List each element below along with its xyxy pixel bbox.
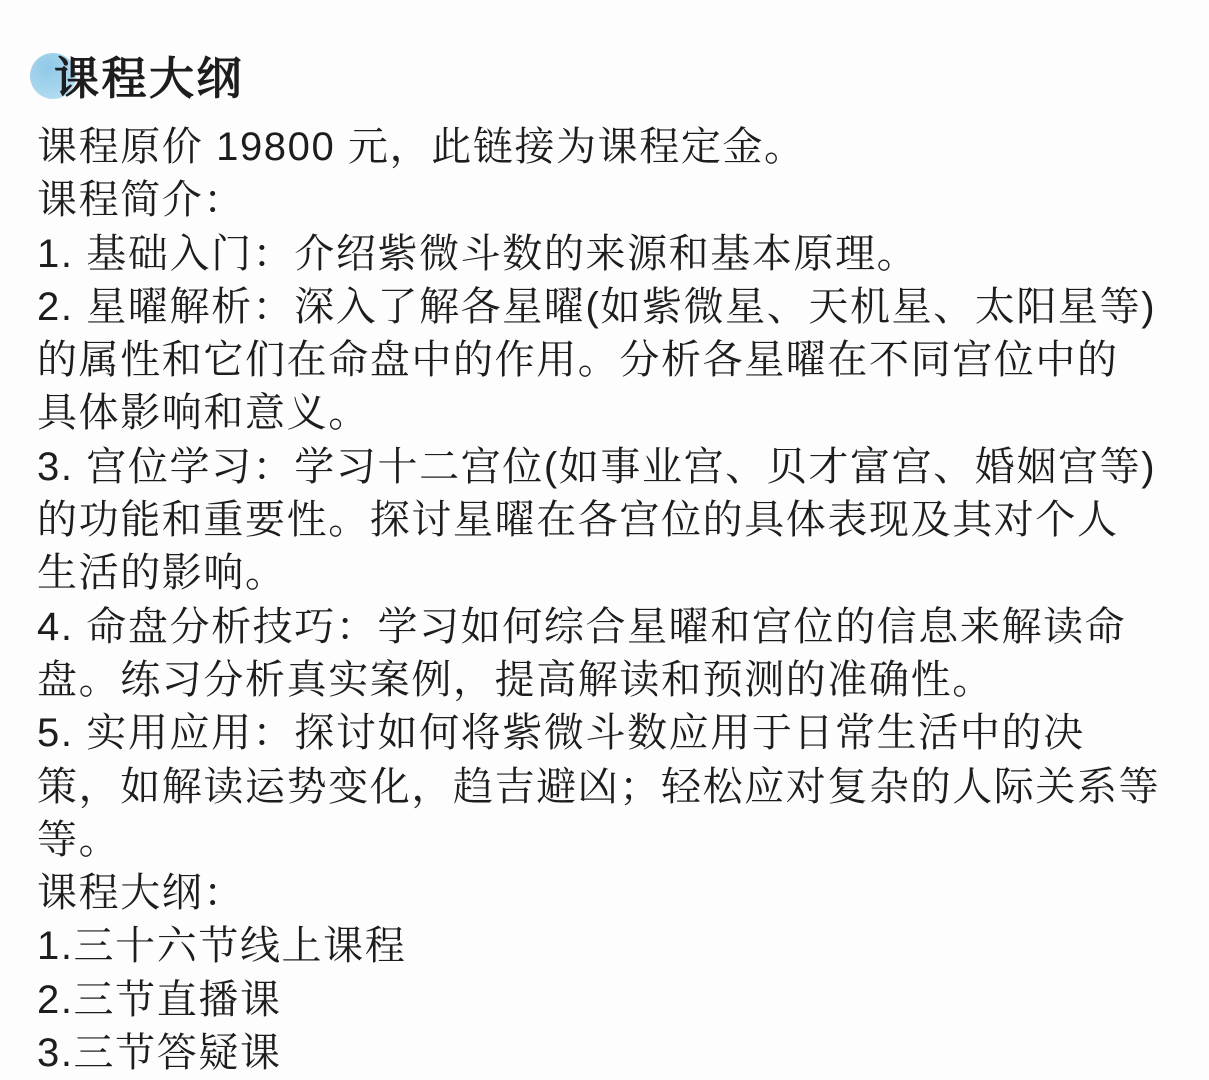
text-line-item1: 1. 基础入门：介绍紫微斗数的来源和基本原理。: [37, 228, 1209, 281]
text-line-intro-label: 课程简介：: [37, 174, 1209, 227]
page-title: 课程大纲: [54, 42, 244, 107]
text-line-item2-a: 2. 星曜解析：深入了解各星曜(如紫微星、天机星、太阳星等): [37, 281, 1209, 334]
text-line-item2-c: 具体影响和意义。: [37, 387, 1209, 440]
text-line-item3-b: 的功能和重要性。探讨星曜在各宫位的具体表现及其对个人: [37, 494, 1209, 547]
text-line-item4-b: 盘。练习分析真实案例，提高解读和预测的准确性。: [37, 654, 1209, 707]
text-line-outline-label: 课程大纲：: [37, 867, 1209, 920]
text-line-item5-b: 策，如解读运势变化，趋吉避凶；轻松应对复杂的人际关系等: [37, 761, 1209, 814]
text-line-item4-a: 4. 命盘分析技巧：学习如何综合星曜和宫位的信息来解读命: [37, 601, 1209, 654]
text-line-item3-c: 生活的影响。: [37, 547, 1209, 600]
text-line-item5-c: 等。: [37, 814, 1209, 867]
course-description: 课程原价 19800 元，此链接为课程定金。 课程简介： 1. 基础入门：介绍紫…: [37, 121, 1209, 1080]
text-line-price: 课程原价 19800 元，此链接为课程定金。: [37, 121, 1209, 174]
text-line-item5-a: 5. 实用应用：探讨如何将紫微斗数应用于日常生活中的决: [37, 707, 1209, 760]
text-line-item2-b: 的属性和它们在命盘中的作用。分析各星曜在不同宫位中的: [37, 334, 1209, 387]
text-line-outline-1: 1.三十六节线上课程: [37, 920, 1209, 973]
text-line-item3-a: 3. 宫位学习：学习十二宫位(如事业宫、贝才富宫、婚姻宫等): [37, 441, 1209, 494]
course-outline-document: 课程大纲 课程原价 19800 元，此链接为课程定金。 课程简介： 1. 基础入…: [0, 0, 1209, 1080]
text-line-outline-2: 2.三节直播课: [37, 974, 1209, 1027]
text-line-outline-3: 3.三节答疑课: [37, 1027, 1209, 1080]
